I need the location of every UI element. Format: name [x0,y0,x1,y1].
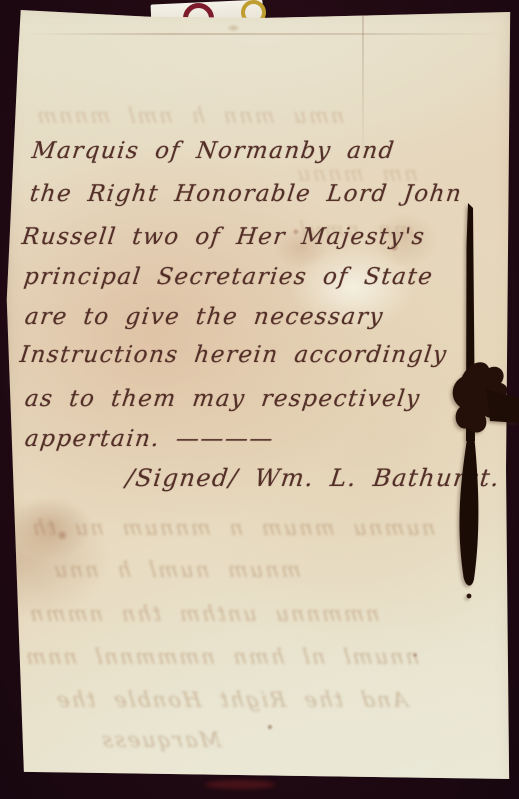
edge-smudge [205,780,275,789]
manuscript-line: Russell two of Her Majesty's [20,224,426,250]
manuscript-line: are to give the necessary [23,304,385,330]
bleed-through-line: nnuml nl hmn nmmmnnl nnm [23,645,421,669]
bleed-through-line: nmmnnu unthm thn nmmn [27,602,381,626]
manuscript-line: the Right Honorable Lord John [28,181,464,207]
manuscript-line: Instructions herein accordingly [18,342,449,368]
manuscript-line: Marquis of Normanby and [30,138,396,164]
photograph-of-document: nmu mnn h nml mnnm nm mnnu mn nmul numnu… [0,0,519,799]
bleed-through-line: Marquess [99,728,223,752]
bleed-through-line: mnum numl h nnu [51,558,303,582]
bleed-through-line: nmu mnn h nml mnnm [34,104,346,128]
bleed-through-line: And the Right Honble the [54,688,410,712]
manuscript-line: as to them may respectively [23,386,422,412]
binding-ribbon [440,185,519,615]
manuscript-line: principal Secretaries of State [22,264,435,290]
paper-crease [26,33,504,35]
bleed-through-line: numnu mnum n mnnum nu th [29,516,437,540]
manuscript-line: appertain. ———— [23,426,275,452]
